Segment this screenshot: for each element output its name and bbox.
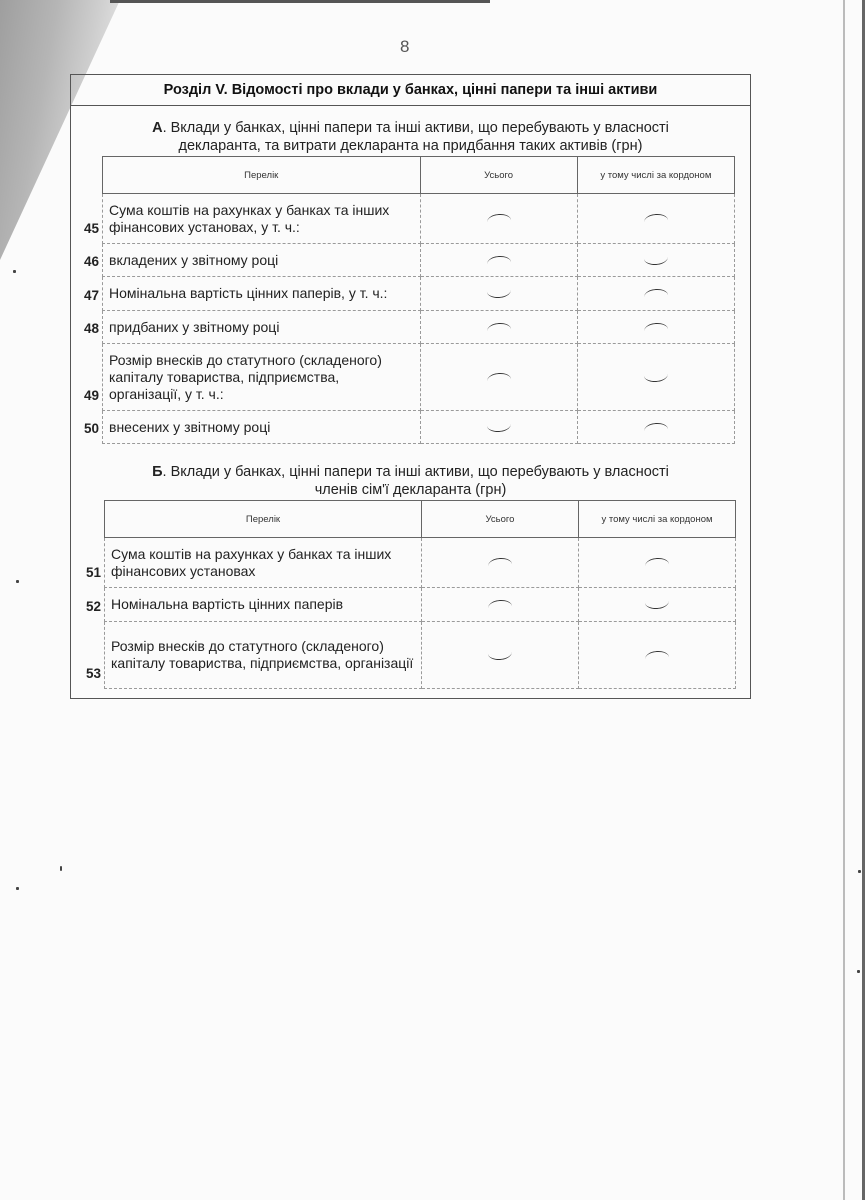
part-b-title: Б. Вклади у банках, цінні папери та інші…	[71, 463, 750, 499]
scan-speck	[60, 866, 62, 871]
row-label: Розмір внесків до статутного (складеного…	[111, 638, 413, 671]
table-part-a: Перелік Усього у тому числі за кордоном …	[102, 156, 735, 444]
part-b-letter: Б	[152, 464, 162, 480]
row-label: вкладених у звітному році	[109, 252, 278, 268]
row-label-cell: 49Розмір внесків до статутного (складено…	[103, 344, 421, 411]
part-a-title: А. Вклади у банках, цінні папери та інші…	[71, 119, 750, 155]
handwritten-dash	[486, 372, 511, 383]
value-cell-abroad[interactable]	[577, 344, 734, 411]
row-number: 53	[75, 665, 101, 682]
handwritten-dash	[486, 255, 511, 266]
value-cell-abroad[interactable]	[579, 588, 736, 622]
handwritten-dash	[644, 288, 669, 299]
table-part-b: Перелік Усього у тому числі за кордоном …	[104, 500, 736, 689]
handwritten-dash	[488, 650, 513, 661]
row-number: 47	[73, 287, 99, 304]
value-cell-abroad[interactable]	[579, 538, 736, 588]
row-label-cell: 48придбаних у звітному році	[103, 311, 421, 344]
handwritten-dash	[488, 557, 513, 568]
value-cell-abroad[interactable]	[577, 411, 734, 444]
row-label-cell: 50внесених у звітному році	[103, 411, 421, 444]
value-cell-abroad[interactable]	[577, 194, 734, 244]
part-a-letter: А	[152, 120, 162, 136]
scan-speck	[16, 887, 19, 890]
row-label: Номінальна вартість цінних паперів	[111, 596, 343, 612]
value-cell-total[interactable]	[420, 344, 577, 411]
page-number: 8	[400, 37, 409, 57]
scan-speck	[16, 580, 19, 583]
handwritten-dash	[644, 213, 669, 224]
scan-speck	[13, 270, 16, 273]
row-label-cell: 53Розмір внесків до статутного (складено…	[105, 622, 422, 689]
column-header-total: Усього	[420, 157, 577, 194]
section-frame: Розділ V. Відомості про вклади у банках,…	[70, 74, 751, 699]
table-header: Перелік Усього у тому числі за кордоном	[103, 157, 735, 194]
row-label: придбаних у звітному році	[109, 319, 279, 335]
handwritten-dash	[644, 372, 669, 383]
scan-speck	[857, 970, 860, 973]
row-label-cell: 51Сума коштів на рахунках у банках та ін…	[105, 538, 422, 588]
row-label-cell: 45Сума коштів на рахунках у банках та ін…	[103, 194, 421, 244]
table-row: 53Розмір внесків до статутного (складено…	[105, 622, 736, 689]
value-cell-total[interactable]	[422, 538, 579, 588]
column-header-list: Перелік	[103, 157, 421, 194]
value-cell-abroad[interactable]	[577, 311, 734, 344]
handwritten-dash	[486, 422, 511, 433]
table-row: 48придбаних у звітному році	[103, 311, 735, 344]
row-number: 50	[73, 420, 99, 437]
row-number: 51	[75, 564, 101, 581]
value-cell-total[interactable]	[420, 411, 577, 444]
handwritten-dash	[644, 322, 669, 333]
scan-edge	[110, 0, 490, 3]
row-label-cell: 52Номінальна вартість цінних паперів	[105, 588, 422, 622]
table-row: 47Номінальна вартість цінних паперів, у …	[103, 277, 735, 311]
column-header-total: Усього	[422, 501, 579, 538]
handwritten-dash	[645, 599, 670, 610]
column-header-abroad: у тому числі за кордоном	[577, 157, 734, 194]
row-number: 46	[73, 253, 99, 270]
table-row: 51Сума коштів на рахунках у банках та ін…	[105, 538, 736, 588]
value-cell-total[interactable]	[420, 277, 577, 311]
value-cell-total[interactable]	[420, 194, 577, 244]
column-header-abroad: у тому числі за кордоном	[579, 501, 736, 538]
handwritten-dash	[486, 213, 511, 224]
table-header: Перелік Усього у тому числі за кордоном	[105, 501, 736, 538]
handwritten-dash	[645, 650, 670, 661]
table-row: 45Сума коштів на рахунках у банках та ін…	[103, 194, 735, 244]
value-cell-abroad[interactable]	[577, 244, 734, 277]
row-number: 48	[73, 320, 99, 337]
scan-speck	[858, 870, 861, 873]
handwritten-dash	[645, 557, 670, 568]
table-row: 46вкладених у звітному році	[103, 244, 735, 277]
value-cell-abroad[interactable]	[577, 277, 734, 311]
row-label-cell: 46вкладених у звітному році	[103, 244, 421, 277]
value-cell-total[interactable]	[422, 622, 579, 689]
scan-edge	[843, 0, 845, 1200]
row-label: Сума коштів на рахунках у банках та інши…	[109, 202, 389, 235]
value-cell-total[interactable]	[420, 311, 577, 344]
handwritten-dash	[486, 322, 511, 333]
value-cell-total[interactable]	[422, 588, 579, 622]
handwritten-dash	[486, 288, 511, 299]
value-cell-total[interactable]	[420, 244, 577, 277]
handwritten-dash	[644, 422, 669, 433]
table-row: 52Номінальна вартість цінних паперів	[105, 588, 736, 622]
row-label: внесених у звітному році	[109, 419, 270, 435]
row-label: Сума коштів на рахунках у банках та інши…	[111, 546, 391, 579]
row-number: 49	[73, 387, 99, 404]
row-label-cell: 47Номінальна вартість цінних паперів, у …	[103, 277, 421, 311]
row-label: Номінальна вартість цінних паперів, у т.…	[109, 285, 387, 301]
handwritten-dash	[488, 599, 513, 610]
row-number: 45	[73, 220, 99, 237]
table-row: 49Розмір внесків до статутного (складено…	[103, 344, 735, 411]
section-title: Розділ V. Відомості про вклади у банках,…	[71, 75, 750, 106]
row-number: 52	[75, 598, 101, 615]
handwritten-dash	[644, 255, 669, 266]
column-header-list: Перелік	[105, 501, 422, 538]
row-label: Розмір внесків до статутного (складеного…	[109, 352, 382, 402]
value-cell-abroad[interactable]	[579, 622, 736, 689]
table-row: 50внесених у звітному році	[103, 411, 735, 444]
